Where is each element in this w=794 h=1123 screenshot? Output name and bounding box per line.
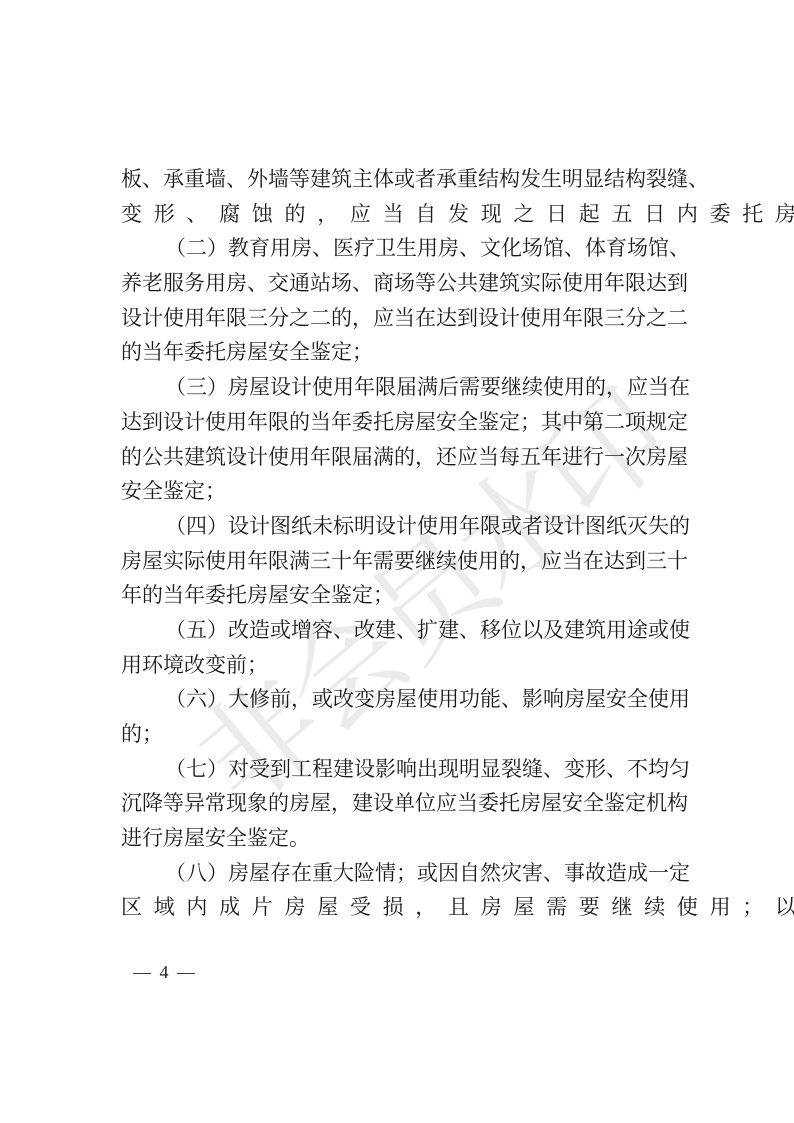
paragraph-continuation: 板、承重墙、外墙等建筑主体或者承重结构发生明显结构裂缝、 变形、腐蚀的，应当自发… <box>121 162 677 231</box>
page-number: — 4 — <box>133 962 197 983</box>
text-line: 变形、腐蚀的，应当自发现之日起五日内委托房屋安全鉴定； <box>121 197 677 232</box>
text-line: 达到设计使用年限的当年委托房屋安全鉴定；其中第二项规定 <box>121 405 677 440</box>
text-line: （八）房屋存在重大险情；或因自然灾害、事故造成一定 <box>121 856 677 891</box>
text-line: 年的当年委托房屋安全鉴定； <box>121 578 677 613</box>
text-line: 安全鉴定； <box>121 474 677 509</box>
text-line: 的公共建筑设计使用年限届满的，还应当每五年进行一次房屋 <box>121 440 677 475</box>
paragraph-item-3: （三）房屋设计使用年限届满后需要继续使用的，应当在 达到设计使用年限的当年委托房… <box>121 370 677 509</box>
text-line: （七）对受到工程建设影响出现明显裂缝、变形、不均匀 <box>121 752 677 787</box>
text-line: 的； <box>121 717 677 752</box>
paragraph-item-5: （五）改造或增容、改建、扩建、移位以及建筑用途或使 用环境改变前； <box>121 613 677 682</box>
document-page: 非会员水印 板、承重墙、外墙等建筑主体或者承重结构发生明显结构裂缝、 变形、腐蚀… <box>0 0 794 1123</box>
paragraph-item-7: （七）对受到工程建设影响出现明显裂缝、变形、不均匀 沉降等异常现象的房屋，建设单… <box>121 752 677 856</box>
paragraph-item-4: （四）设计图纸未标明设计使用年限或者设计图纸灭失的 房屋实际使用年限满三十年需要… <box>121 509 677 613</box>
text-line: 的当年委托房屋安全鉴定； <box>121 335 677 370</box>
text-line: （四）设计图纸未标明设计使用年限或者设计图纸灭失的 <box>121 509 677 544</box>
text-line: （六）大修前，或改变房屋使用功能、影响房屋安全使用 <box>121 682 677 717</box>
text-line: （五）改造或增容、改建、扩建、移位以及建筑用途或使 <box>121 613 677 648</box>
text-line: 板、承重墙、外墙等建筑主体或者承重结构发生明显结构裂缝、 <box>121 162 677 197</box>
text-line: 区域内成片房屋受损，且房屋需要继续使用；以及其他依法需 <box>121 890 677 925</box>
text-line: （三）房屋设计使用年限届满后需要继续使用的，应当在 <box>121 370 677 405</box>
body-text: 板、承重墙、外墙等建筑主体或者承重结构发生明显结构裂缝、 变形、腐蚀的，应当自发… <box>121 162 677 925</box>
text-line: 用环境改变前； <box>121 648 677 683</box>
text-line: 设计使用年限三分之二的，应当在达到设计使用年限三分之二 <box>121 301 677 336</box>
paragraph-item-6: （六）大修前，或改变房屋使用功能、影响房屋安全使用 的； <box>121 682 677 751</box>
text-line: 进行房屋安全鉴定。 <box>121 821 677 856</box>
text-line: 房屋实际使用年限满三十年需要继续使用的，应当在达到三十 <box>121 544 677 579</box>
text-line: （二）教育用房、医疗卫生用房、文化场馆、体育场馆、 <box>121 231 677 266</box>
text-line: 沉降等异常现象的房屋，建设单位应当委托房屋安全鉴定机构 <box>121 786 677 821</box>
text-line: 养老服务用房、交通站场、商场等公共建筑实际使用年限达到 <box>121 266 677 301</box>
paragraph-item-8: （八）房屋存在重大险情；或因自然灾害、事故造成一定 区域内成片房屋受损，且房屋需… <box>121 856 677 925</box>
paragraph-item-2: （二）教育用房、医疗卫生用房、文化场馆、体育场馆、 养老服务用房、交通站场、商场… <box>121 231 677 370</box>
